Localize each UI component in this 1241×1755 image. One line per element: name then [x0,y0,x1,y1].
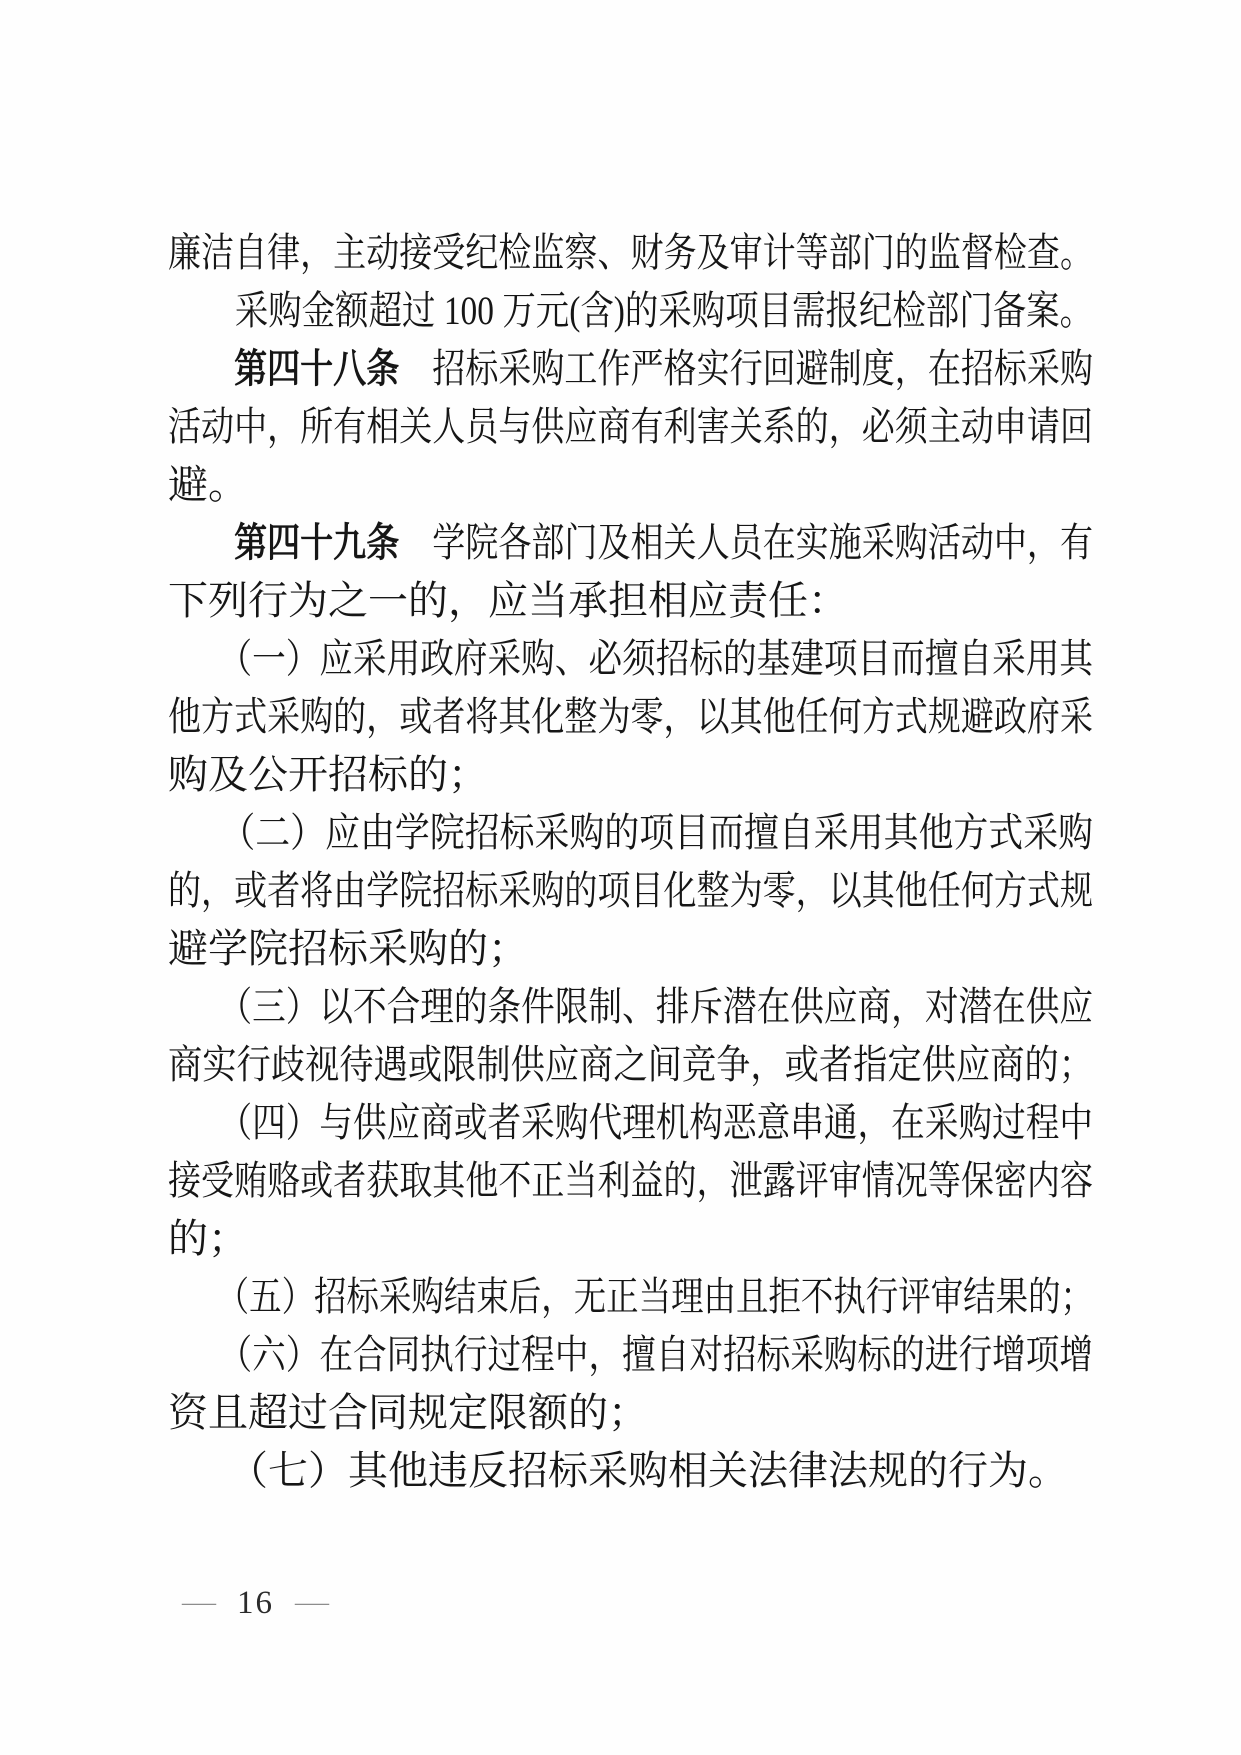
article-49-text: 学院各部门及相关人员在实施采购活动中，有 [399,520,1093,565]
text-line: （七）其他违反招标采购相关法律法规的行为。 [168,1442,1093,1500]
document-page: 廉洁自律，主动接受纪检监察、财务及审计等部门的监督检查。 采购金额超过 100 … [0,0,1241,1755]
text-line: 采购金额超过 100 万元(含)的采购项目需报纪检部门备案。 [168,282,1093,340]
text-line: 避学院招标采购的； [168,920,1093,978]
article-49-number: 第四十九条 [168,520,399,565]
footer-dash-left: — [182,1587,216,1620]
text-line: （六）在合同执行过程中，擅自对招标采购标的进行增项增 [168,1326,1093,1384]
text-line: 活动中，所有相关人员与供应商有利害关系的，必须主动申请回 [168,398,1093,456]
text-line: （四）与供应商或者采购代理机构恶意串通，在采购过程中 [168,1094,1093,1152]
text-line: 避。 [168,456,1093,514]
article-48-text: 招标采购工作严格实行回避制度，在招标采购 [399,346,1093,391]
text-line: （五）招标采购结束后，无正当理由且拒不执行评审结果的； [168,1268,1093,1326]
text-line: （三）以不合理的条件限制、排斥潜在供应商，对潜在供应 [168,978,1093,1036]
text-line: 资且超过合同规定限额的； [168,1384,1093,1442]
text-line: 的； [168,1210,1093,1268]
text-line: 下列行为之一的，应当承担相应责任： [168,572,1093,630]
text-line: （一）应采用政府采购、必须招标的基建项目而擅自采用其 [168,630,1093,688]
article-48-number: 第四十八条 [168,346,399,391]
footer-dash-right: — [295,1587,329,1620]
text-line: 的，或者将由学院招标采购的项目化整为零，以其他任何方式规 [168,862,1093,920]
text-block: 廉洁自律，主动接受纪检监察、财务及审计等部门的监督检查。 采购金额超过 100 … [168,224,1093,1500]
text-line: 购及公开招标的； [168,746,1093,804]
text-line: 商实行歧视待遇或限制供应商之间竞争，或者指定供应商的； [168,1036,1093,1094]
text-line: 第四十九条 学院各部门及相关人员在实施采购活动中，有 [168,514,1093,572]
text-line: （二）应由学院招标采购的项目而擅自采用其他方式采购 [168,804,1093,862]
text-line: 他方式采购的，或者将其化整为零，以其他任何方式规避政府采 [168,688,1093,746]
text-line: 廉洁自律，主动接受纪检监察、财务及审计等部门的监督检查。 [168,224,1093,282]
text-line: 接受贿赂或者获取其他不正当利益的，泄露评审情况等保密内容 [168,1152,1093,1210]
page-number: 16 [237,1581,274,1625]
text-line: 第四十八条 招标采购工作严格实行回避制度，在招标采购 [168,340,1093,398]
page-footer: — 16 — [182,1581,329,1625]
